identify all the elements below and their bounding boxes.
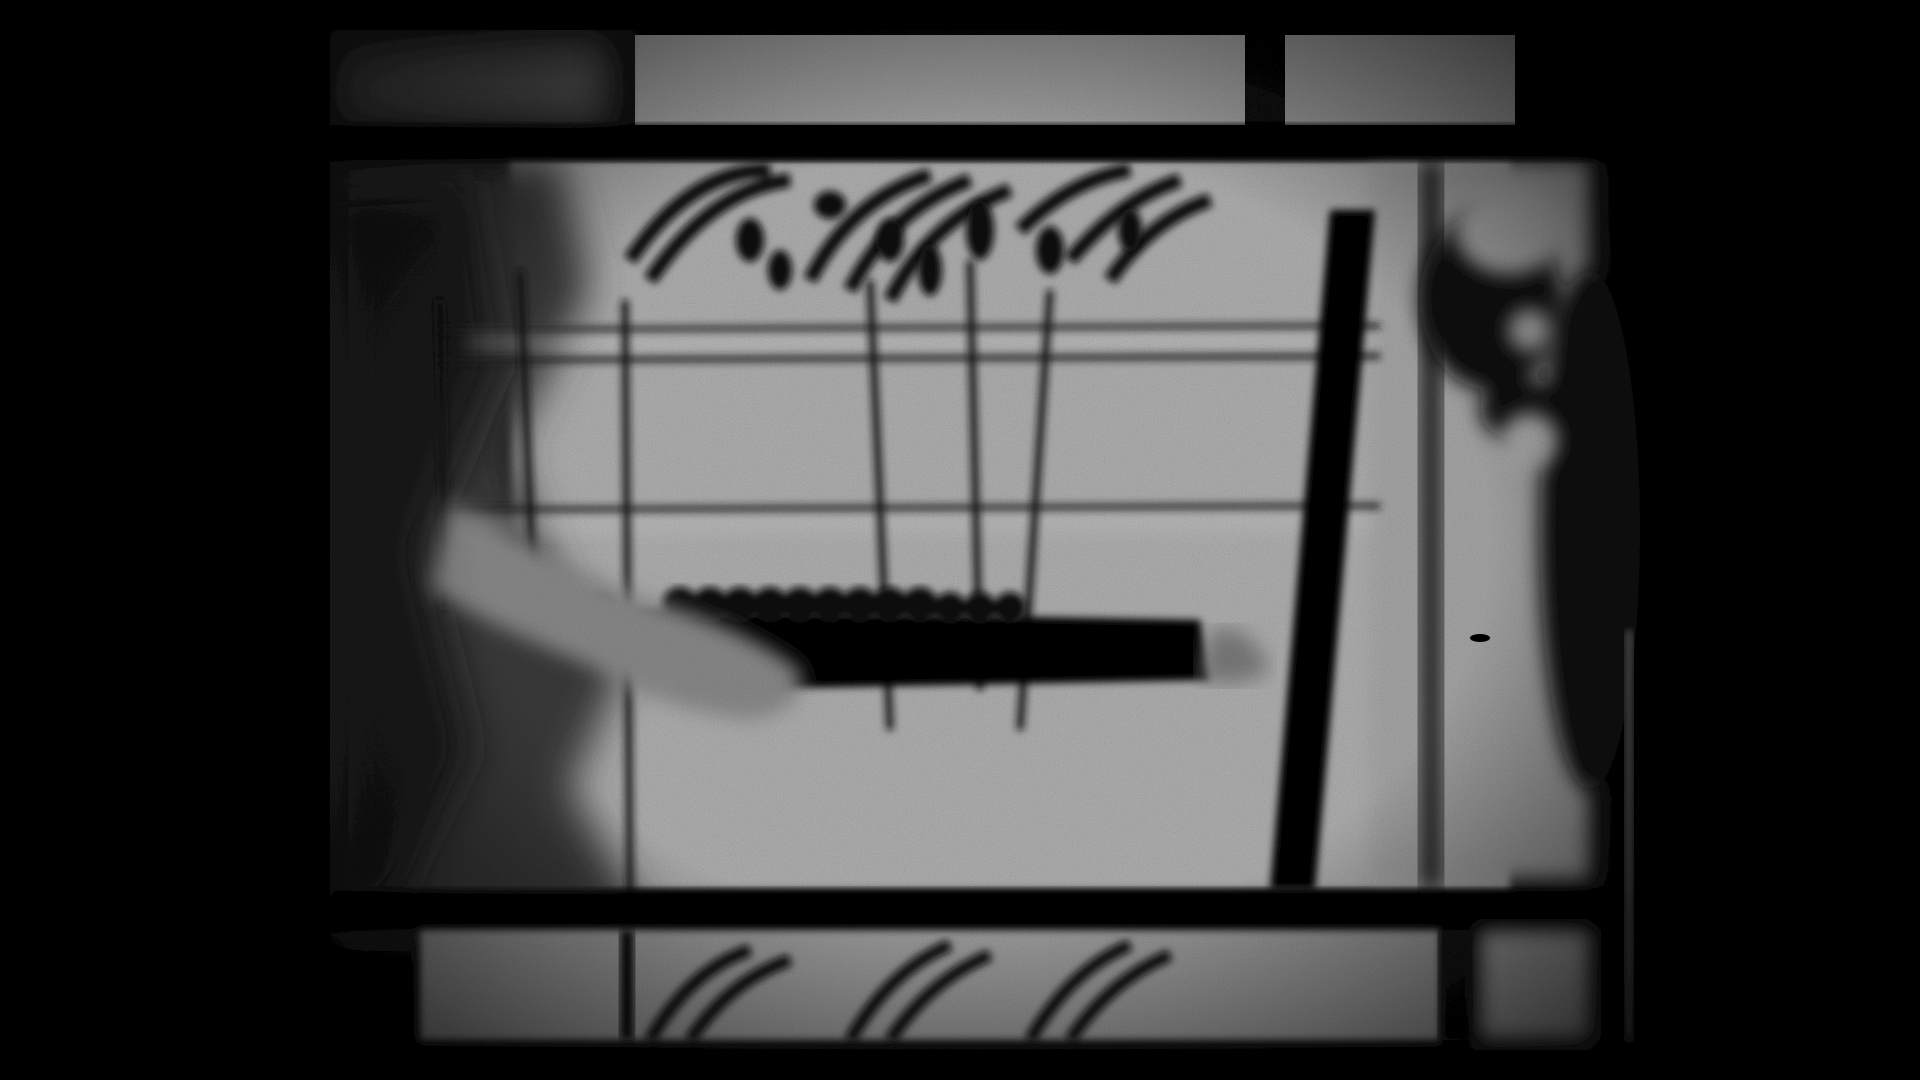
film-frame [330, 30, 1640, 1050]
film-scene [330, 30, 1640, 1050]
film-still [0, 0, 1920, 1080]
